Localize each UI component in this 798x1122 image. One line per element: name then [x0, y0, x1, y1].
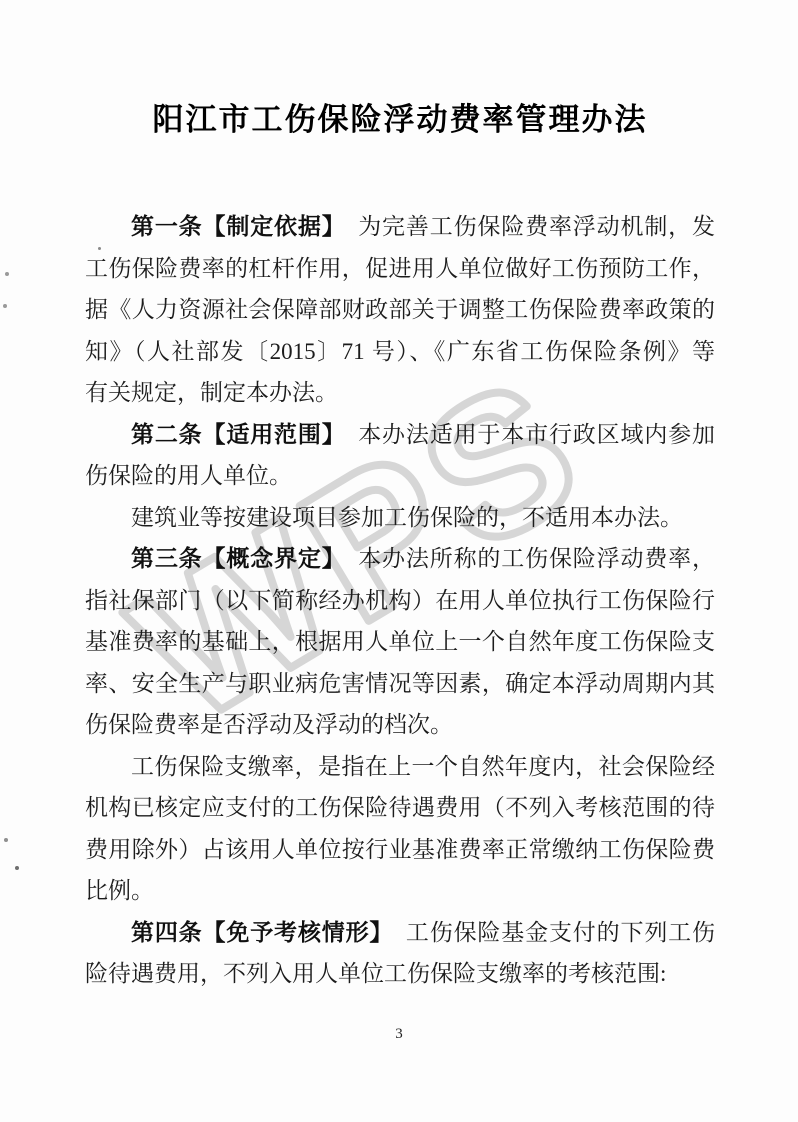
scan-speck [3, 304, 7, 308]
text-line: 率、安全生产与职业病危害情况等因素，确定本浮动周期内其工 [85, 663, 715, 705]
text-line: 基准费率的基础上，根据用人单位上一个自然年度工伤保险支缴 [85, 621, 715, 663]
text-line: 工伤保险费率的杠杆作用，促进用人单位做好工伤预防工作，根 [85, 248, 715, 290]
text-line: 建筑业等按建设项目参加工伤保险的，不适用本办法。 [85, 497, 715, 539]
line-text: 工伤保险费率的杠杆作用，促进用人单位做好工伤预防工作，根 [85, 256, 715, 290]
document-title: 阳江市工伤保险浮动费率管理办法 [85, 94, 715, 139]
clause-heading: 第四条【免予考核情形】 [131, 919, 393, 945]
text-line: 工伤保险支缴率，是指在上一个自然年度内，社会保险经办 [85, 746, 715, 788]
clause-heading: 第三条【概念界定】 [131, 545, 346, 571]
line-text: 费用除外）占该用人单位按行业基准费率正常缴纳工伤保险费的 [85, 837, 715, 871]
line-text: 知》（人社部发〔2015〕71 号）、《广东省工伤保险条例》等 [85, 339, 715, 364]
text-line: 伤保险的用人单位。 [85, 455, 715, 497]
line-text: 比例。 [85, 878, 154, 903]
text-line: 机构已核定应支付的工伤保险待遇费用（不列入考核范围的待遇 [85, 787, 715, 829]
document-body: 第一条【制定依据】为完善工伤保险费率浮动机制，发挥工伤保险费率的杠杆作用，促进用… [85, 206, 715, 995]
text-line: 第二条【适用范围】本办法适用于本市行政区域内参加工 [85, 414, 715, 456]
clause-heading: 第一条【制定依据】 [131, 213, 346, 239]
text-line: 险待遇费用，不列入用人单位工伤保险支缴率的考核范围: [85, 953, 715, 995]
text-line: 第三条【概念界定】本办法所称的工伤保险浮动费率，是 [85, 538, 715, 580]
line-text: 据《人力资源社会保障部财政部关于调整工伤保险费率政策的通 [85, 297, 715, 331]
text-line: 知》（人社部发〔2015〕71 号）、《广东省工伤保险条例》等 [85, 331, 715, 373]
line-text: 基准费率的基础上，根据用人单位上一个自然年度工伤保险支缴 [85, 629, 715, 663]
scan-speck [15, 866, 19, 870]
scan-speck [5, 272, 9, 276]
text-line: 费用除外）占该用人单位按行业基准费率正常缴纳工伤保险费的 [85, 829, 715, 871]
page-number: 3 [0, 1026, 798, 1043]
line-text: 建筑业等按建设项目参加工伤保险的，不适用本办法。 [131, 505, 683, 530]
line-text: 指社保部门（以下简称经办机构）在用人单位执行工伤保险行业 [85, 588, 715, 622]
line-text: 率、安全生产与职业病危害情况等因素，确定本浮动周期内其工 [85, 671, 715, 705]
line-text: 伤保险费率是否浮动及浮动的档次。 [85, 712, 453, 737]
text-line: 比例。 [85, 870, 715, 912]
text-line: 有关规定，制定本办法。 [85, 372, 715, 414]
line-text: 伤保险的用人单位。 [85, 463, 292, 488]
text-line: 第一条【制定依据】为完善工伤保险费率浮动机制，发挥 [85, 206, 715, 248]
text-line: 据《人力资源社会保障部财政部关于调整工伤保险费率政策的通 [85, 289, 715, 331]
document-page: 阳江市工伤保险浮动费率管理办法 WPS 第一条【制定依据】为完善工伤保险费率浮动… [0, 0, 798, 1122]
text-line: 伤保险费率是否浮动及浮动的档次。 [85, 704, 715, 746]
line-text: 险待遇费用，不列入用人单位工伤保险支缴率的考核范围: [85, 961, 666, 986]
clause-heading: 第二条【适用范围】 [131, 421, 346, 447]
line-text: 有关规定，制定本办法。 [85, 380, 338, 405]
scan-speck [4, 838, 8, 842]
text-line: 指社保部门（以下简称经办机构）在用人单位执行工伤保险行业 [85, 580, 715, 622]
line-text: 工伤保险支缴率，是指在上一个自然年度内，社会保险经办 [85, 754, 715, 788]
text-line: 第四条【免予考核情形】工伤保险基金支付的下列工伤保 [85, 912, 715, 954]
line-text: 机构已核定应支付的工伤保险待遇费用（不列入考核范围的待遇 [85, 795, 715, 829]
scan-speck [98, 247, 101, 250]
